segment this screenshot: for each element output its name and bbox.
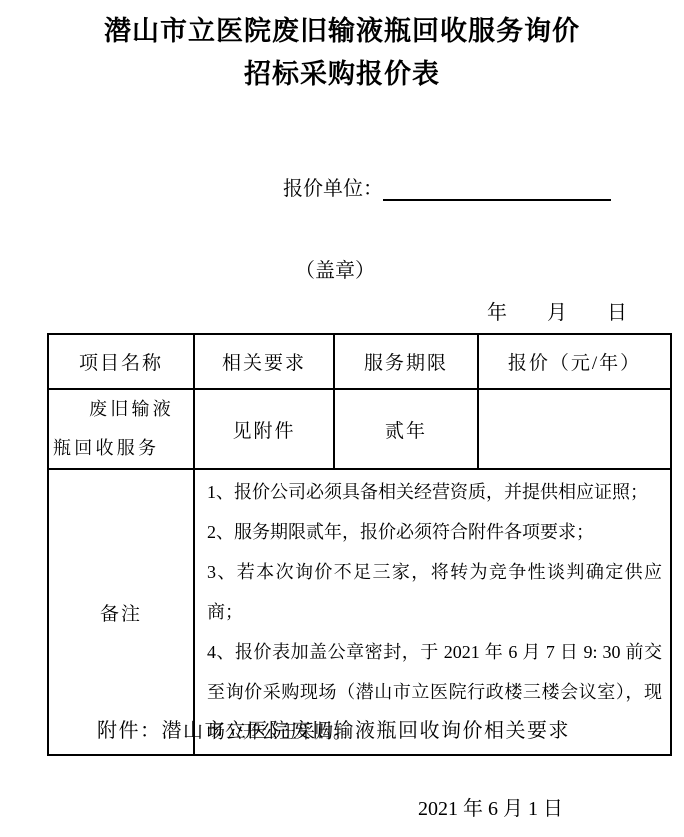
date-blank-line: 年 月 日 (487, 296, 627, 325)
project-name-cell: 废旧输液瓶回收服务 (48, 389, 194, 469)
remarks-label-cell: 备注 (48, 469, 194, 755)
table-header-row: 项目名称 相关要求 服务期限 报价（元/年） (48, 334, 671, 389)
project-name-text: 废旧输液瓶回收服务 (49, 390, 193, 468)
document-title-line1: 潜山市立医院废旧输液瓶回收服务询价 (0, 10, 684, 53)
table-row: 废旧输液瓶回收服务 见附件 贰年 (48, 389, 671, 469)
quote-unit-row: 报价单位： (283, 172, 611, 201)
price-cell (478, 389, 671, 469)
document-title-line2: 招标采购报价表 (0, 53, 684, 96)
header-price: 报价（元/年） (478, 334, 671, 389)
remarks-content-cell: 1、报价公司必须具备相关经营资质，并提供相应证照； 2、服务期限贰年，报价必须符… (194, 469, 671, 755)
service-term-cell: 贰年 (334, 389, 478, 469)
issue-date: 2021 年 6 月 1 日 (418, 792, 563, 821)
requirements-cell: 见附件 (194, 389, 334, 469)
quote-unit-label: 报价单位： (283, 178, 383, 200)
header-service-term: 服务期限 (334, 334, 478, 389)
header-project-name: 项目名称 (48, 334, 194, 389)
remarks-row: 备注 1、报价公司必须具备相关经营资质，并提供相应证照； 2、服务期限贰年，报价… (48, 469, 671, 755)
document-title: 潜山市立医院废旧输液瓶回收服务询价 招标采购报价表 (0, 10, 684, 96)
attachment-note: 附件：潜山市立医院废旧输液瓶回收询价相关要求 (97, 714, 570, 743)
remark-item-1: 1、报价公司必须具备相关经营资质，并提供相应证照； (207, 472, 662, 512)
quote-table: 项目名称 相关要求 服务期限 报价（元/年） 废旧输液瓶回收服务 见附件 贰年 … (47, 333, 672, 756)
header-requirements: 相关要求 (194, 334, 334, 389)
document-page: 潜山市立医院废旧输液瓶回收服务询价 招标采购报价表 报价单位： （盖章） 年 月… (0, 0, 684, 837)
quote-unit-blank-line (383, 177, 611, 201)
seal-label: （盖章） (295, 254, 375, 283)
remark-item-2: 2、服务期限贰年，报价必须符合附件各项要求； (207, 512, 662, 552)
remark-item-3: 3、若本次询价不足三家，将转为竞争性谈判确定供应商； (207, 552, 662, 632)
